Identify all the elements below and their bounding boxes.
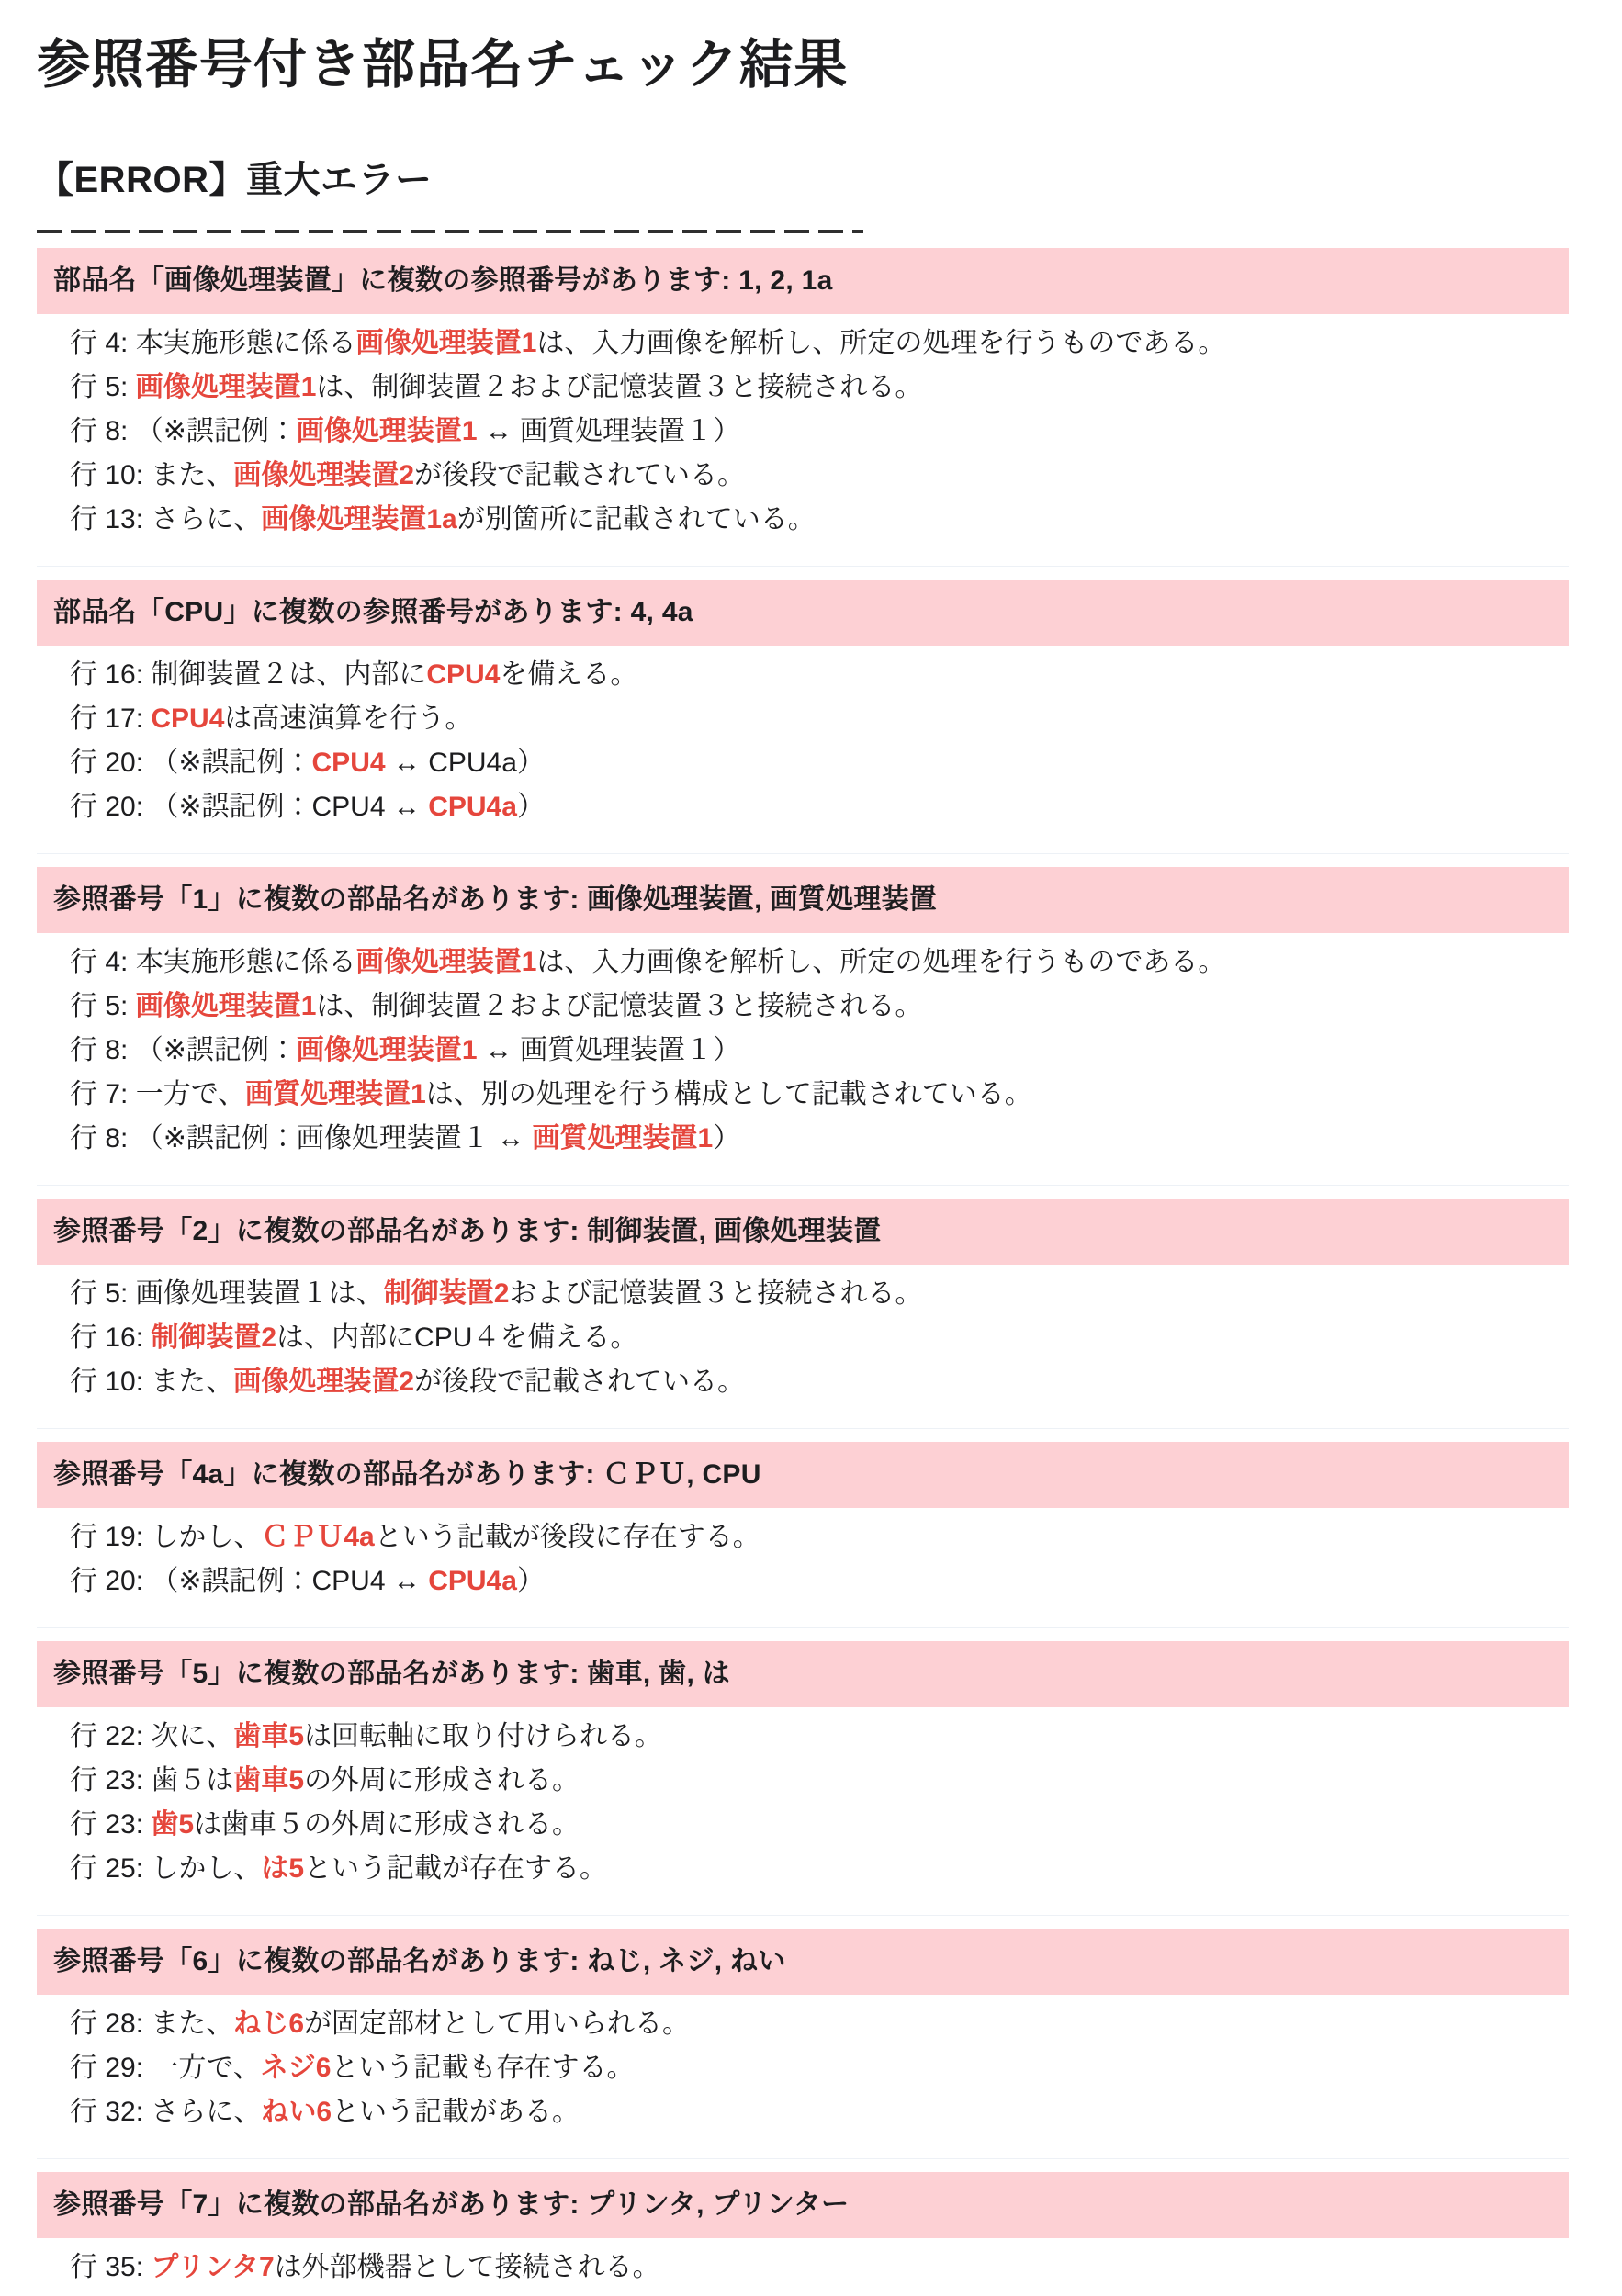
check-lines: 行 22: 次に、歯車5は回転軸に取り付けられる。行 23: 歯５は歯車5の外周… (37, 1707, 1569, 1891)
line-text: 行 8: （※誤記例： (70, 1035, 297, 1065)
check-lines: 行 19: しかし、ＣＰＵ4aという記載が後段に存在する。行 20: （※誤記例… (37, 1508, 1569, 1604)
highlighted-part-name: 画像処理装置1 (356, 947, 537, 977)
highlighted-part-name: 画像処理装置1a (261, 504, 456, 535)
check-lines: 行 4: 本実施形態に係る画像処理装置1は、入力画像を解析し、所定の処理を行うも… (37, 314, 1569, 542)
line-text: 行 20: （※誤記例：CPU4 ↔ (70, 1566, 428, 1596)
line-text: 行 5: (70, 372, 136, 402)
line-text: は、制御装置２および記憶装置３と接続される。 (316, 372, 922, 402)
highlighted-part-name: 画像処理装置2 (233, 460, 414, 490)
line-text: が後段で記載されている。 (414, 1367, 745, 1397)
line-text: ） (517, 1566, 545, 1596)
check-line: 行 22: 次に、歯車5は回転軸に取り付けられる。 (70, 1715, 1569, 1759)
line-text: ） (713, 1123, 740, 1154)
check-line: 行 28: また、ねじ6が固定部材として用いられる。 (70, 2002, 1569, 2046)
error-level-heading: 【ERROR】重大エラー (37, 158, 1569, 202)
check-lines: 行 35: プリンタ7は外部機器として接続される。 (37, 2238, 1569, 2290)
dashed-divider (37, 230, 863, 233)
line-text: ） (517, 792, 545, 822)
highlighted-part-name: CPU4 (151, 703, 224, 734)
line-text: が固定部材として用いられる。 (304, 2009, 690, 2039)
error-section-header: 参照番号「2」に複数の部品名があります: 制御装置, 画像処理装置 (37, 1199, 1569, 1265)
highlighted-part-name: 画像処理装置2 (233, 1367, 414, 1397)
line-text: ↔ 画質処理装置１） (478, 1035, 741, 1065)
highlighted-part-name: 画像処理装置1 (136, 372, 317, 402)
highlighted-part-name: 画像処理装置1 (136, 991, 317, 1021)
line-text: 行 13: さらに、 (70, 504, 261, 535)
error-section: 参照番号「1」に複数の部品名があります: 画像処理装置, 画質処理装置行 4: … (37, 853, 1569, 1161)
highlighted-part-name: CPU4a (428, 1566, 517, 1596)
check-line: 行 17: CPU4は高速演算を行う。 (70, 697, 1569, 741)
line-text: は、入力画像を解析し、所定の処理を行うものである。 (536, 328, 1225, 358)
line-text: 行 4: 本実施形態に係る (70, 328, 356, 358)
highlighted-part-name: CPU4 (312, 748, 386, 778)
check-line: 行 20: （※誤記例：CPU4 ↔ CPU4a） (70, 741, 1569, 785)
check-line: 行 5: 画像処理装置１は、制御装置2および記憶装置３と接続される。 (70, 1272, 1569, 1316)
line-text: は高速演算を行う。 (224, 703, 472, 734)
highlighted-part-name: 歯車5 (233, 1765, 304, 1795)
check-line: 行 23: 歯５は歯車5の外周に形成される。 (70, 1759, 1569, 1803)
line-text: 行 28: また、 (70, 2009, 233, 2039)
line-text: 行 4: 本実施形態に係る (70, 947, 356, 977)
line-text: 行 8: （※誤記例： (70, 416, 297, 446)
line-text: 行 8: （※誤記例：画像処理装置１ ↔ (70, 1123, 533, 1154)
check-line: 行 5: 画像処理装置1は、制御装置２および記憶装置３と接続される。 (70, 366, 1569, 410)
line-text: 行 17: (70, 703, 151, 734)
check-line: 行 20: （※誤記例：CPU4 ↔ CPU4a） (70, 785, 1569, 829)
highlighted-part-name: ネジ6 (261, 2053, 332, 2083)
check-lines: 行 16: 制御装置２は、内部にCPU4を備える。行 17: CPU4は高速演算… (37, 646, 1569, 829)
line-text: は、入力画像を解析し、所定の処理を行うものである。 (536, 947, 1225, 977)
error-section: 参照番号「7」に複数の部品名があります: プリンタ, プリンター行 35: プリ… (37, 2158, 1569, 2290)
highlighted-part-name: 制御装置2 (384, 1278, 510, 1309)
error-section: 参照番号「4a」に複数の部品名があります: ＣＰＵ, CPU行 19: しかし、… (37, 1428, 1569, 1604)
highlighted-part-name: 画質処理装置1 (533, 1123, 714, 1154)
check-line: 行 4: 本実施形態に係る画像処理装置1は、入力画像を解析し、所定の処理を行うも… (70, 321, 1569, 366)
check-lines: 行 5: 画像処理装置１は、制御装置2および記憶装置３と接続される。行 16: … (37, 1265, 1569, 1404)
line-text: という記載が後段に存在する。 (375, 1522, 760, 1552)
line-text: は、制御装置２および記憶装置３と接続される。 (316, 991, 922, 1021)
check-line: 行 10: また、画像処理装置2が後段で記載されている。 (70, 454, 1569, 498)
line-text: という記載が存在する。 (304, 1853, 607, 1884)
highlighted-part-name: ねじ6 (233, 2009, 304, 2039)
highlighted-part-name: 画質処理装置1 (245, 1079, 426, 1109)
line-text: 行 19: しかし、 (70, 1522, 261, 1552)
line-text: という記載がある。 (332, 2097, 580, 2127)
line-text: 行 29: 一方で、 (70, 2053, 261, 2083)
line-text: は歯車５の外周に形成される。 (194, 1809, 580, 1840)
check-line: 行 8: （※誤記例：画像処理装置1 ↔ 画質処理装置１） (70, 410, 1569, 454)
check-line: 行 20: （※誤記例：CPU4 ↔ CPU4a） (70, 1559, 1569, 1604)
check-line: 行 16: 制御装置２は、内部にCPU4を備える。 (70, 653, 1569, 697)
error-section-header: 参照番号「4a」に複数の部品名があります: ＣＰＵ, CPU (37, 1442, 1569, 1508)
highlighted-part-name: 歯車5 (233, 1721, 304, 1751)
line-text: 行 10: また、 (70, 1367, 233, 1397)
highlighted-part-name: プリンタ7 (151, 2252, 274, 2282)
line-text: ↔ CPU4a） (386, 748, 545, 778)
check-line: 行 10: また、画像処理装置2が後段で記載されている。 (70, 1360, 1569, 1404)
highlighted-part-name: 歯5 (151, 1809, 194, 1840)
check-line: 行 4: 本実施形態に係る画像処理装置1は、入力画像を解析し、所定の処理を行うも… (70, 940, 1569, 985)
check-line: 行 19: しかし、ＣＰＵ4aという記載が後段に存在する。 (70, 1515, 1569, 1559)
check-lines: 行 28: また、ねじ6が固定部材として用いられる。行 29: 一方で、ネジ6と… (37, 1995, 1569, 2134)
error-section-header: 参照番号「7」に複数の部品名があります: プリンタ, プリンター (37, 2172, 1569, 2238)
highlighted-part-name: CPU4a (428, 792, 517, 822)
page-title: 参照番号付き部品名チェック結果 (37, 33, 1569, 97)
line-text: 行 20: （※誤記例：CPU4 ↔ (70, 792, 428, 822)
line-text: という記載も存在する。 (331, 2053, 634, 2083)
highlighted-part-name: 制御装置2 (151, 1322, 276, 1353)
error-section: 参照番号「6」に複数の部品名があります: ねじ, ネジ, ねい行 28: また、… (37, 1915, 1569, 2134)
error-section: 参照番号「5」に複数の部品名があります: 歯車, 歯, は行 22: 次に、歯車… (37, 1627, 1569, 1891)
check-lines: 行 4: 本実施形態に係る画像処理装置1は、入力画像を解析し、所定の処理を行うも… (37, 933, 1569, 1161)
error-section-header: 部品名「画像処理装置」に複数の参照番号があります: 1, 2, 1a (37, 248, 1569, 314)
line-text: および記憶装置３と接続される。 (509, 1278, 922, 1309)
highlighted-part-name: ねい6 (261, 2097, 332, 2127)
line-text: 行 32: さらに、 (70, 2097, 261, 2127)
line-text: が後段で記載されている。 (414, 460, 745, 490)
line-text: 行 5: 画像処理装置１は、 (70, 1278, 384, 1309)
line-text: は回転軸に取り付けられる。 (304, 1721, 662, 1751)
check-line: 行 35: プリンタ7は外部機器として接続される。 (70, 2245, 1569, 2290)
check-line: 行 23: 歯5は歯車５の外周に形成される。 (70, 1803, 1569, 1847)
error-section-header: 参照番号「1」に複数の部品名があります: 画像処理装置, 画質処理装置 (37, 867, 1569, 933)
report-page: 参照番号付き部品名チェック結果 【ERROR】重大エラー 部品名「画像処理装置」… (0, 0, 1622, 2296)
check-line: 行 16: 制御装置2は、内部にCPU４を備える。 (70, 1316, 1569, 1360)
line-text: 行 16: (70, 1322, 151, 1353)
line-text: 行 22: 次に、 (70, 1721, 233, 1751)
line-text: 行 23: (70, 1809, 151, 1840)
error-section-header: 部品名「CPU」に複数の参照番号があります: 4, 4a (37, 580, 1569, 646)
check-line: 行 8: （※誤記例：画像処理装置１ ↔ 画質処理装置1） (70, 1117, 1569, 1161)
line-text: の外周に形成される。 (304, 1765, 580, 1795)
line-text: 行 35: (70, 2252, 151, 2282)
highlighted-part-name: 画像処理装置1 (297, 416, 478, 446)
check-line: 行 32: さらに、ねい6という記載がある。 (70, 2090, 1569, 2134)
sections-container: 部品名「画像処理装置」に複数の参照番号があります: 1, 2, 1a行 4: 本… (37, 248, 1569, 2290)
line-text: は、別の処理を行う構成として記載されている。 (426, 1079, 1032, 1109)
error-section: 参照番号「2」に複数の部品名があります: 制御装置, 画像処理装置行 5: 画像… (37, 1185, 1569, 1404)
check-line: 行 13: さらに、画像処理装置1aが別箇所に記載されている。 (70, 498, 1569, 542)
check-line: 行 29: 一方で、ネジ6という記載も存在する。 (70, 2046, 1569, 2090)
line-text: ↔ 画質処理装置１） (478, 416, 741, 446)
line-text: 行 23: 歯５は (70, 1765, 233, 1795)
highlighted-part-name: 画像処理装置1 (356, 328, 537, 358)
line-text: 行 25: しかし、 (70, 1853, 261, 1884)
line-text: は、内部にCPU４を備える。 (276, 1322, 637, 1353)
line-text: 行 16: 制御装置２は、内部に (70, 659, 426, 690)
error-section-header: 参照番号「5」に複数の部品名があります: 歯車, 歯, は (37, 1641, 1569, 1707)
error-section: 部品名「CPU」に複数の参照番号があります: 4, 4a行 16: 制御装置２は… (37, 566, 1569, 829)
error-section-header: 参照番号「6」に複数の部品名があります: ねじ, ネジ, ねい (37, 1929, 1569, 1995)
line-text: は外部機器として接続される。 (275, 2252, 660, 2282)
line-text: 行 5: (70, 991, 136, 1021)
highlighted-part-name: 画像処理装置1 (297, 1035, 478, 1065)
line-text: 行 20: （※誤記例： (70, 748, 312, 778)
check-line: 行 5: 画像処理装置1は、制御装置２および記憶装置３と接続される。 (70, 985, 1569, 1029)
check-line: 行 8: （※誤記例：画像処理装置1 ↔ 画質処理装置１） (70, 1029, 1569, 1073)
highlighted-part-name: ＣＰＵ4a (261, 1522, 374, 1552)
line-text: が別箇所に記載されている。 (457, 504, 816, 535)
check-line: 行 25: しかし、は5という記載が存在する。 (70, 1847, 1569, 1891)
line-text: 行 10: また、 (70, 460, 233, 490)
highlighted-part-name: CPU4 (426, 659, 500, 690)
error-section: 部品名「画像処理装置」に複数の参照番号があります: 1, 2, 1a行 4: 本… (37, 248, 1569, 542)
check-line: 行 7: 一方で、画質処理装置1は、別の処理を行う構成として記載されている。 (70, 1073, 1569, 1117)
line-text: を備える。 (500, 659, 637, 690)
highlighted-part-name: は5 (261, 1853, 304, 1884)
line-text: 行 7: 一方で、 (70, 1079, 245, 1109)
